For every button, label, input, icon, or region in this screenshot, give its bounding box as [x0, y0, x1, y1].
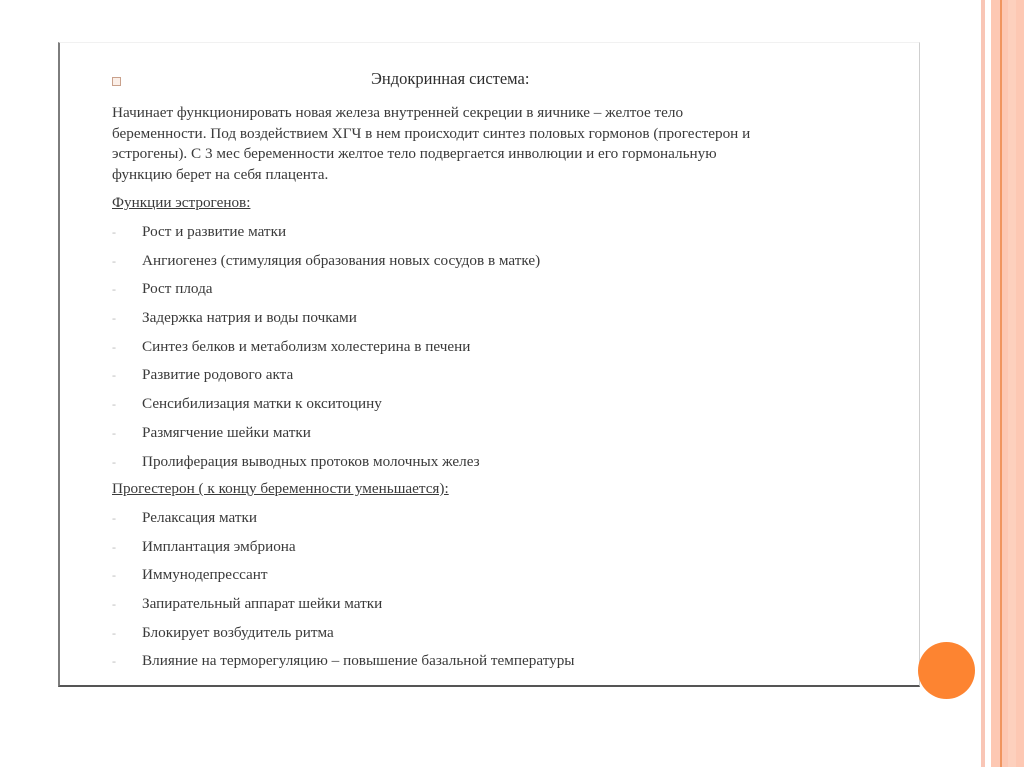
intro-paragraph: Начинает функционировать новая железа вн… [112, 103, 812, 185]
dash-bullet-icon: - [112, 308, 116, 328]
document-heading: Эндокринная система: [371, 69, 529, 89]
dash-bullet-icon: - [112, 594, 116, 614]
intro-line: функцию берет на себя плацента. [112, 165, 812, 186]
dash-bullet-icon: - [112, 651, 116, 671]
decorative-stripe-thin [981, 0, 985, 767]
dash-bullet-icon: - [112, 251, 116, 271]
dash-bullet-icon: - [112, 423, 116, 443]
dash-bullet-icon: - [112, 565, 116, 585]
intro-line: эстрогены). С 3 мес беременности желтое … [112, 144, 812, 165]
dash-bullet-icon: - [112, 623, 116, 643]
dash-bullet-icon: - [112, 394, 116, 414]
intro-line: Начинает функционировать новая железа вн… [112, 103, 812, 124]
intro-line: беременности. Под воздействием ХГЧ в нем… [112, 124, 812, 145]
document-image: Эндокринная система: Начинает функционир… [58, 42, 920, 687]
estrogens-section-title: Функции эстрогенов: [112, 194, 250, 212]
decorative-orange-circle [918, 642, 975, 699]
dash-bullet-icon: - [112, 365, 116, 385]
dash-bullet-icon: - [112, 508, 116, 528]
dash-bullet-icon: - [112, 337, 116, 357]
heading-row: Эндокринная система: [112, 69, 889, 93]
decorative-stripe-band-inner [1008, 0, 1016, 767]
dash-bullet-icon: - [112, 537, 116, 557]
dash-bullet-icon: - [112, 452, 116, 472]
decorative-stripe-line [1000, 0, 1002, 767]
dash-bullet-icon: - [112, 222, 116, 242]
dash-bullet-icon: - [112, 279, 116, 299]
progesterone-section-title: Прогестерон ( к концу беременности умень… [112, 480, 449, 498]
square-bullet-icon [112, 77, 121, 86]
